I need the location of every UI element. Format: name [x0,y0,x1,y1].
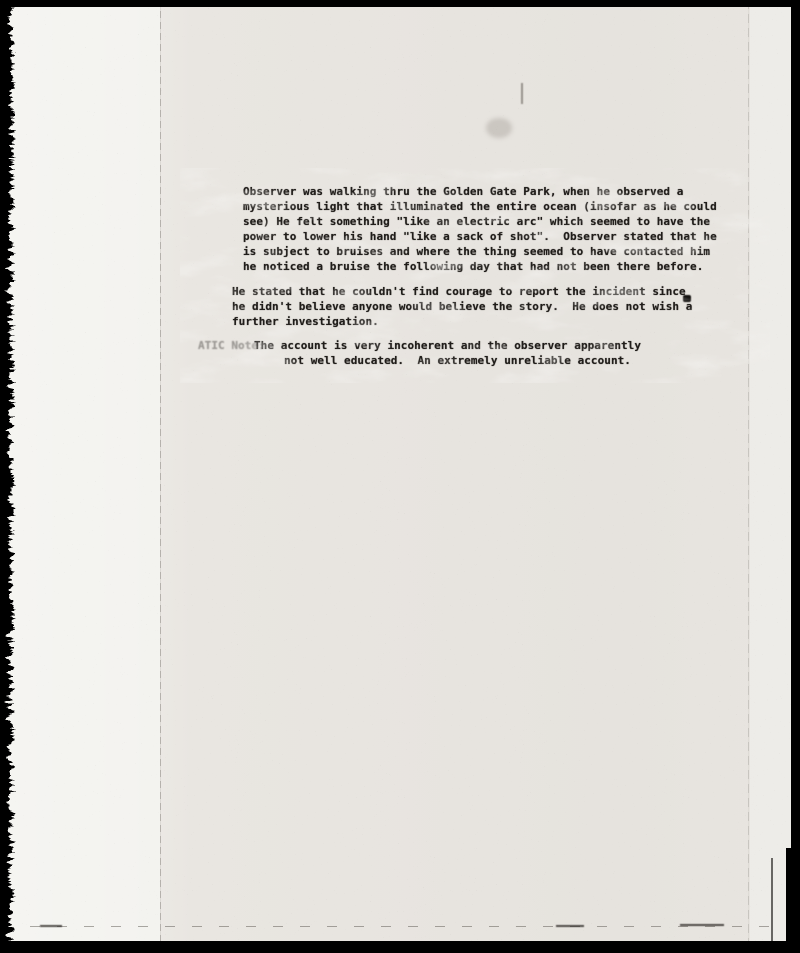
bottom-dashed-line [30,926,772,927]
dash-segment [40,925,62,927]
paragraph-2: He stated that he couldn't find courage … [232,285,692,330]
text-line: is subject to bruises and where the thin… [243,245,717,260]
scan-edge-bottom [0,941,800,953]
scanned-document-page: Observer was walking thru the Golden Gat… [0,0,800,953]
text-line: Observer was walking thru the Golden Gat… [243,185,717,200]
paragraph-1: Observer was walking thru the Golden Gat… [243,185,717,274]
text-line: he didn't believe anyone would believe t… [232,300,692,315]
text-line: see) He felt something "like an electric… [243,215,717,230]
scratch-mark [521,83,523,104]
text-line: He stated that he couldn't find courage … [232,285,692,300]
note-block: ATIC Note:The account is very incoherent… [198,339,641,369]
scan-edge-right-lower [786,848,800,953]
note-text: The account is very incoherent and the o… [254,339,641,352]
smudge-mark [486,118,512,138]
text-line: further investigation. [232,315,692,330]
text-line: mysterious light that illuminated the en… [243,200,717,215]
text-line: he noticed a bruise the following day th… [243,260,717,275]
note-label: ATIC Note: [198,339,254,354]
fold-crease-line [160,0,161,953]
dash-segment [680,924,724,926]
right-margin-band [750,0,791,953]
bottom-right-scratch [771,858,773,942]
dash-segment [556,925,584,927]
left-margin-band [10,0,160,953]
scan-edge-top [0,0,800,7]
text-line: ATIC Note:The account is very incoherent… [198,339,641,354]
scan-edge-right [791,0,800,953]
text-line: not well educated. An extremely unreliab… [198,354,641,369]
right-crease-line [748,0,749,953]
text-line: power to lower his hand "like a sack of … [243,230,717,245]
